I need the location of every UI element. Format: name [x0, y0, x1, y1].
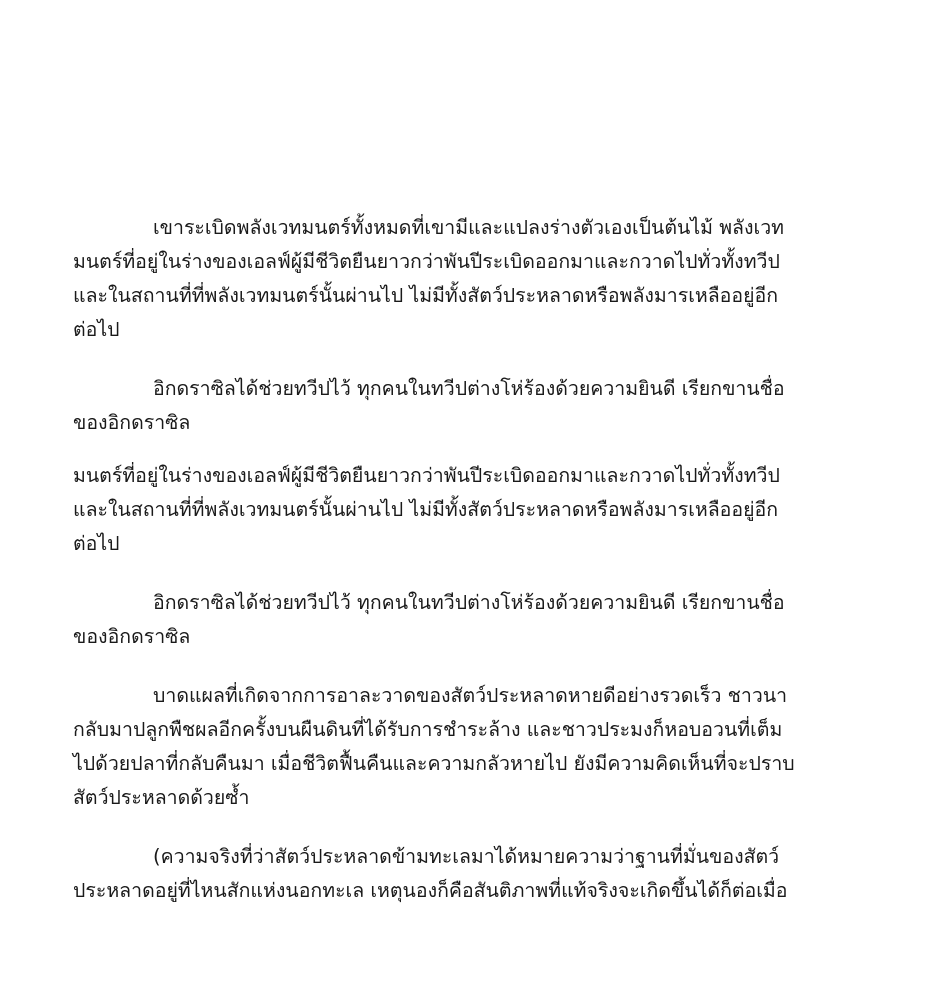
text-line: ต่อไป [73, 527, 873, 561]
text-line: ไปด้วยปลาที่กลับคืนมา เมื่อชีวิตฟื้นคืนแ… [73, 747, 873, 781]
paragraph-5: บาดแผลที่เกิดจากการอาละวาดของสัตว์ประหลา… [73, 679, 873, 815]
text-line: บาดแผลที่เกิดจากการอาละวาดของสัตว์ประหลา… [73, 679, 873, 713]
document-page: เขาระเบิดพลังเวทมนตร์ทั้งหมดที่เขามีและแ… [73, 211, 873, 933]
text-line: อิกดราซิลได้ช่วยทวีปไว้ ทุกคนในทวีปต่างโ… [73, 372, 873, 406]
text-line: และในสถานที่ที่พลังเวทมนตร์นั้นผ่านไป ไม… [73, 493, 873, 527]
text-line: ต่อไป [73, 313, 873, 347]
paragraph-6: (ความจริงที่ว่าสัตว์ประหลาดข้ามทะเลมาได้… [73, 840, 873, 908]
text-line: และในสถานที่ที่พลังเวทมนตร์นั้นผ่านไป ไม… [73, 279, 873, 313]
text-line: สัตว์ประหลาดด้วยซ้ำ [73, 781, 873, 815]
text-line: กลับมาปลูกพืชผลอีกครั้งบนผืนดินที่ได้รับ… [73, 713, 873, 747]
paragraph-4: อิกดราซิลได้ช่วยทวีปไว้ ทุกคนในทวีปต่างโ… [73, 586, 873, 654]
paragraph-2: อิกดราซิลได้ช่วยทวีปไว้ ทุกคนในทวีปต่างโ… [73, 372, 873, 440]
text-line: ของอิกดราซิล [73, 620, 873, 654]
paragraph-3: มนตร์ที่อยู่ในร่างของเอลฟ์ผู้มีชีวิตยืนย… [73, 459, 873, 561]
text-line: (ความจริงที่ว่าสัตว์ประหลาดข้ามทะเลมาได้… [73, 840, 873, 874]
text-line: เขาระเบิดพลังเวทมนตร์ทั้งหมดที่เขามีและแ… [73, 211, 873, 245]
text-line: อิกดราซิลได้ช่วยทวีปไว้ ทุกคนในทวีปต่างโ… [73, 586, 873, 620]
text-line: มนตร์ที่อยู่ในร่างของเอลฟ์ผู้มีชีวิตยืนย… [73, 459, 873, 493]
text-line: ของอิกดราซิล [73, 406, 873, 440]
text-line: ประหลาดอยู่ที่ไหนสักแห่งนอกทะเล เหตุนองก… [73, 874, 873, 908]
paragraph-1: เขาระเบิดพลังเวทมนตร์ทั้งหมดที่เขามีและแ… [73, 211, 873, 347]
text-line: มนตร์ที่อยู่ในร่างของเอลฟ์ผู้มีชีวิตยืนย… [73, 245, 873, 279]
